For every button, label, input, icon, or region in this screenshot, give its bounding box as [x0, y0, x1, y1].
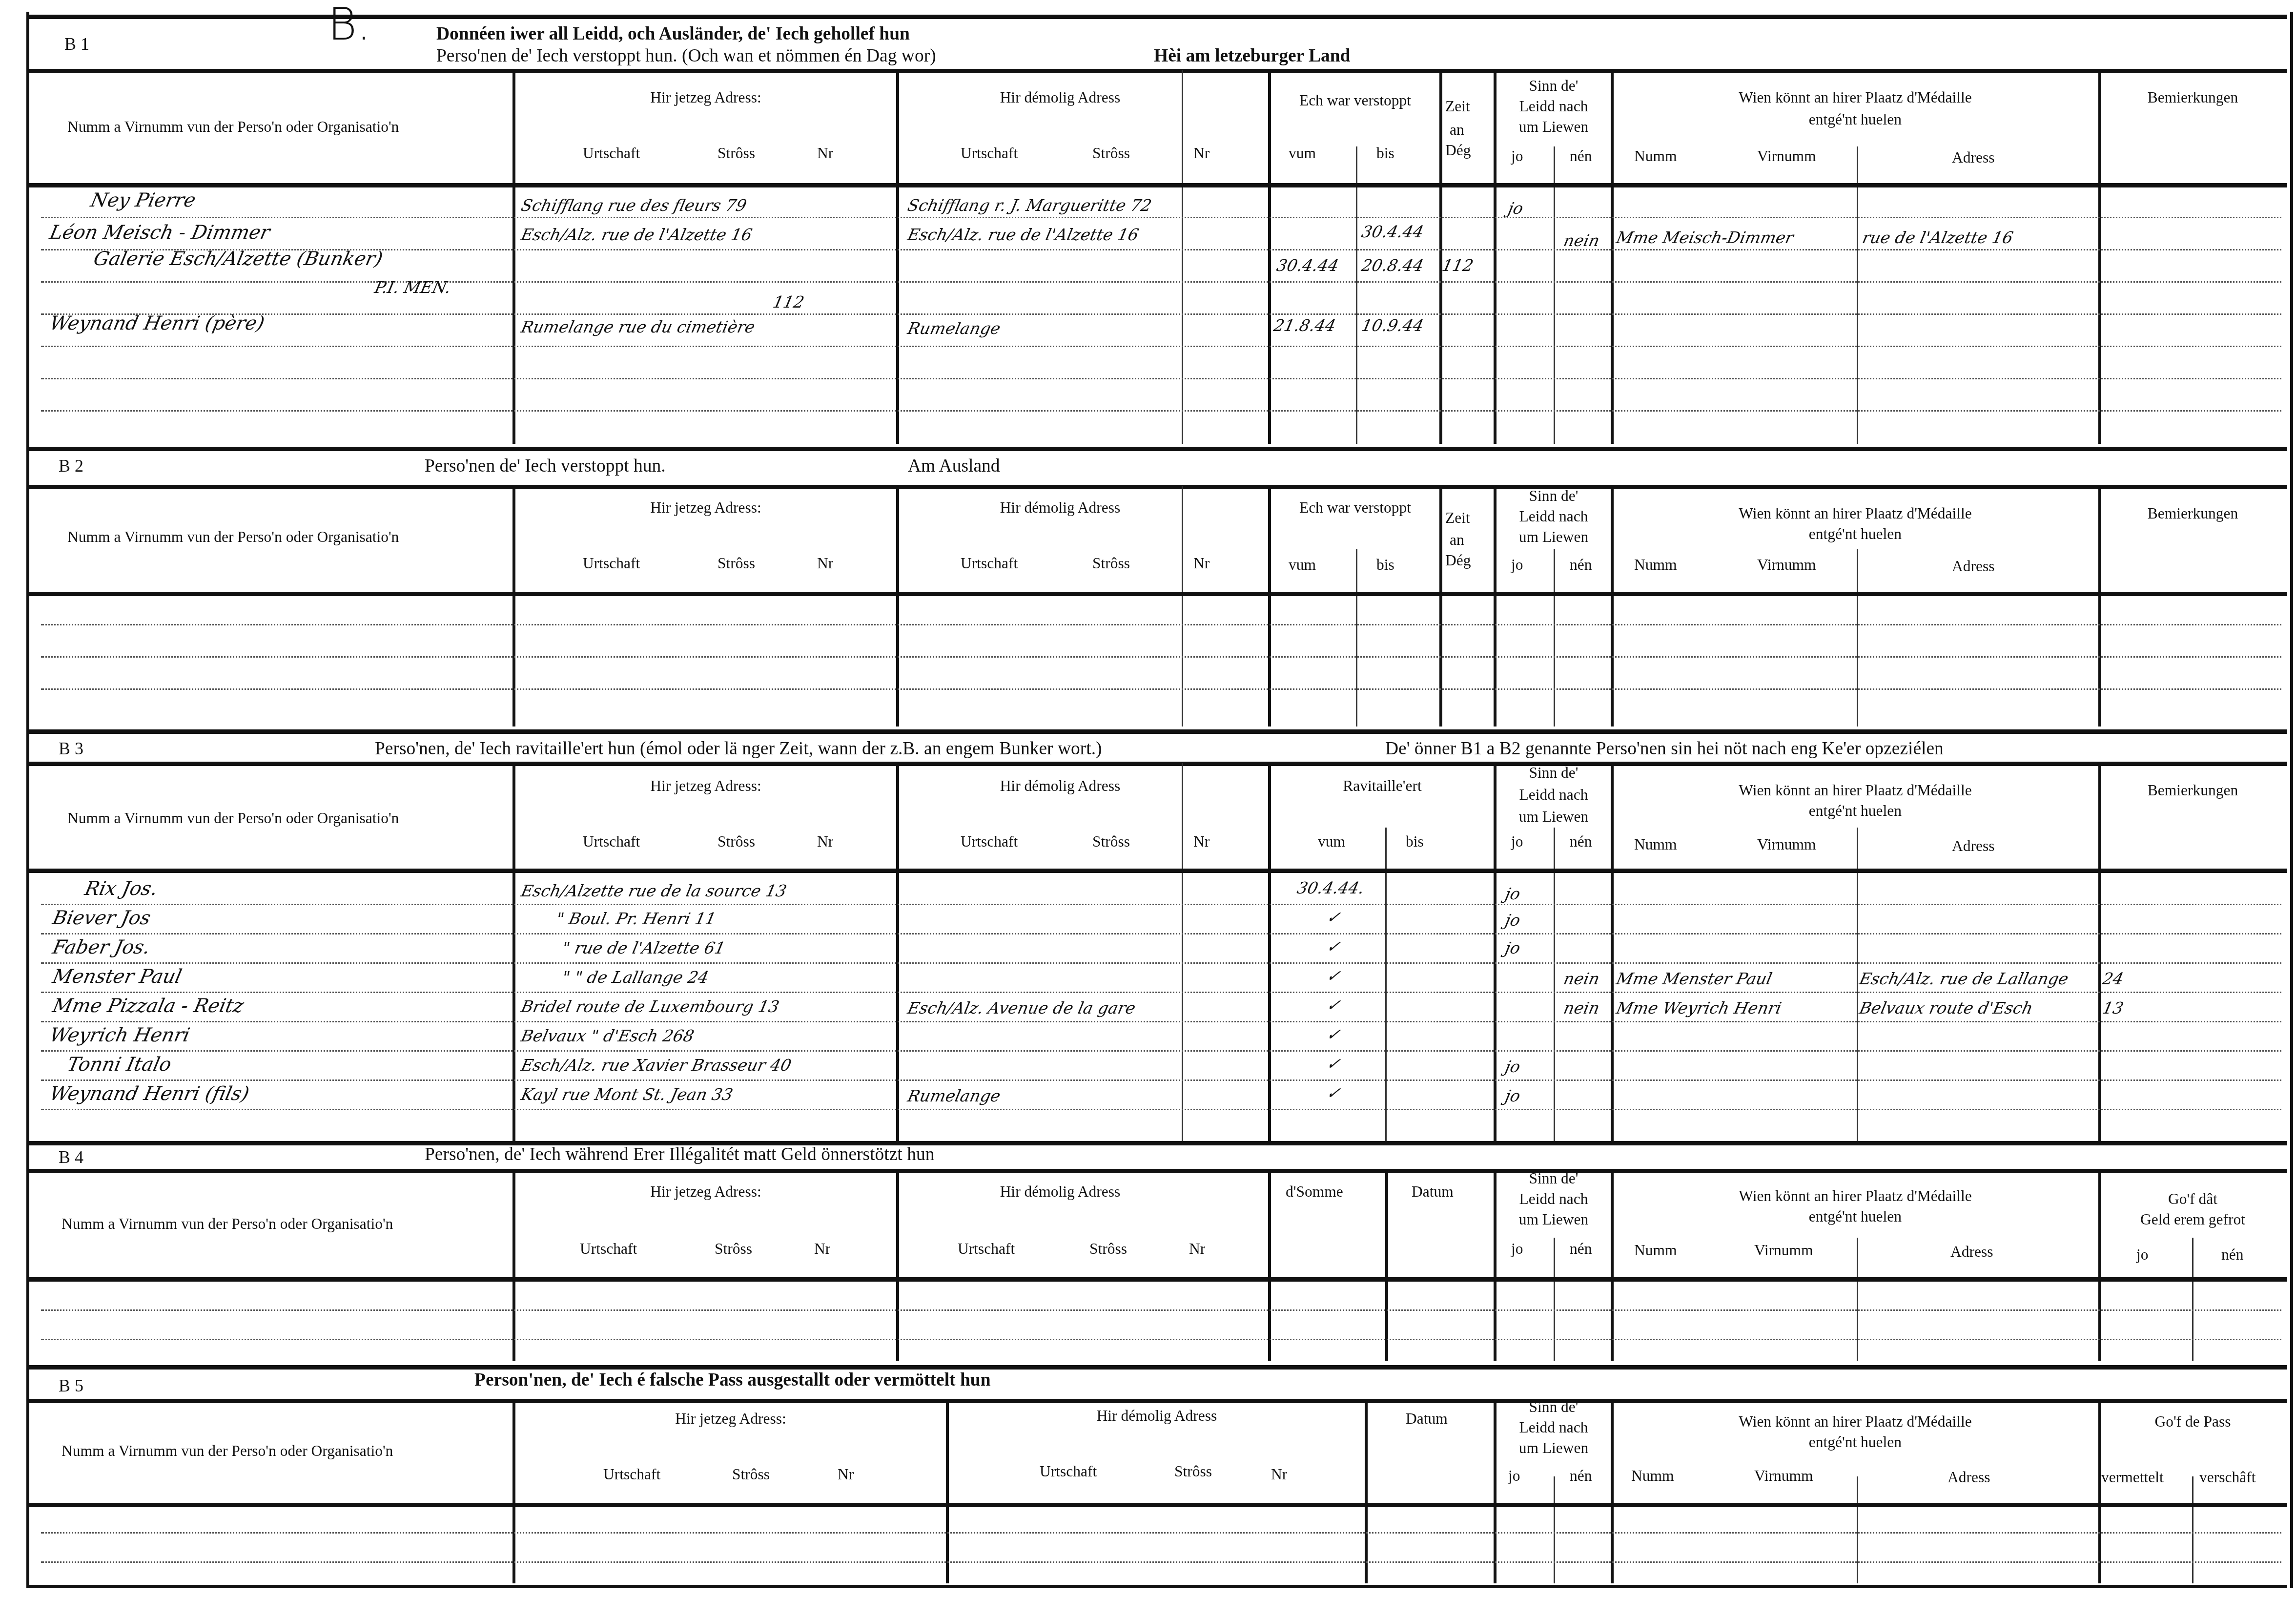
b1-row-bis[interactable]: 20.8.44: [1360, 256, 1425, 275]
section-code-b2: B 2: [59, 457, 83, 475]
divider: [26, 729, 2287, 734]
b1-row-current[interactable]: 112: [771, 293, 806, 312]
header-current-address: Hir jetzeg Adress:: [515, 91, 896, 108]
b3-row-name[interactable]: Menster Paul: [50, 967, 184, 989]
header-former-address: Hir démolig Adress: [899, 779, 1221, 797]
header-adress: Adress: [1952, 839, 1995, 857]
b3-title-note: De' önner B1 a B2 genannte Perso'nen sin…: [1385, 740, 1944, 757]
header-survived: um Liewen: [1496, 530, 1611, 548]
header-survived: Leidd nach: [1496, 100, 1611, 117]
b1-row-current[interactable]: Esch/Alz. rue de l'Alzette 16: [519, 226, 754, 245]
b1-row-former[interactable]: Schifflang r. J. Margueritte 72: [906, 196, 1153, 215]
col-divider: [2192, 1476, 2193, 1583]
col-divider: [896, 486, 899, 726]
col-divider: [896, 763, 899, 1144]
header-survived: Leidd nach: [1496, 1192, 1611, 1210]
header-urtschaft: Urtschaft: [603, 1468, 660, 1485]
b3-row-name[interactable]: Biever Jos: [50, 908, 152, 930]
header-numm: Numm: [1631, 1469, 1674, 1487]
b3-row-current[interactable]: Esch/Alz. rue Xavier Brasseur 40: [519, 1056, 793, 1075]
header-hidden: Ech war verstoppt: [1271, 94, 1439, 111]
header-adress: Adress: [1952, 560, 1995, 577]
header-nr: Nr: [1271, 1468, 1287, 1485]
col-divider: [2192, 1238, 2193, 1361]
header-gave-pass: Go'f de Pass: [2101, 1415, 2284, 1432]
col-divider: [512, 486, 515, 726]
header-survived: um Liewen: [1496, 120, 1611, 138]
b1-row-name[interactable]: P.I. MEN.: [373, 278, 452, 297]
b3-row-medal-numm[interactable]: Mme Menster Paul: [1615, 970, 1774, 989]
header-urtschaft: Urtschaft: [961, 146, 1018, 164]
col-divider: [1554, 828, 1555, 1144]
header-stross: Strôss: [1092, 146, 1130, 164]
header-name: Numm a Virnumm vun der Perso'n oder Orga…: [67, 530, 399, 548]
col-divider: [1268, 1170, 1271, 1361]
header-numm: Numm: [1634, 149, 1677, 167]
col-divider: [1554, 1476, 1555, 1583]
b1-row-name[interactable]: Galerie Esch/Alzette (Bunker): [91, 249, 384, 271]
divider: [26, 1365, 2287, 1370]
header-survived: Sinn de': [1496, 489, 1611, 507]
header-nr: Nr: [838, 1468, 854, 1485]
header-survived: Sinn de': [1496, 1400, 1611, 1418]
header-urtschaft: Urtschaft: [958, 1242, 1015, 1260]
row-line: [41, 962, 2281, 964]
col-divider: [1439, 486, 1442, 726]
b3-title: Perso'nen, de' Iech ravitaille'ert hun (…: [375, 740, 1102, 757]
header-nen: nén: [1570, 1242, 1592, 1260]
b3-row-medal-address[interactable]: Belvaux route d'Esch: [1858, 999, 2034, 1018]
header-date: Datum: [1406, 1412, 1448, 1430]
header-jo: jo: [1508, 1469, 1520, 1487]
header-days: Dég: [1445, 144, 1471, 161]
header-numm: Numm: [1634, 1244, 1677, 1261]
col-divider: [1365, 1400, 1368, 1583]
divider: [26, 592, 2287, 596]
row-line: [41, 346, 2281, 347]
header-numm: Numm: [1634, 558, 1677, 576]
b1-row-name[interactable]: Ney Pierre: [88, 190, 197, 212]
header-nen: nén: [1570, 835, 1592, 852]
header-stross: Strôss: [1092, 835, 1130, 852]
col-divider: [1268, 486, 1271, 726]
b5-title: Person'nen, de' Iech é falsche Pass ausg…: [474, 1371, 991, 1389]
header-nr: Nr: [1193, 557, 1209, 574]
divider: [26, 1141, 2287, 1145]
row-line: [41, 992, 2281, 993]
col-divider: [1182, 763, 1183, 1144]
header-mediated: vermettelt: [2101, 1471, 2164, 1488]
divider: [26, 1277, 2287, 1282]
header-stross: Strôss: [732, 1468, 770, 1485]
header-current-address: Hir jetzeg Adress:: [515, 501, 896, 519]
header-stross: Strôss: [717, 835, 755, 852]
header-jo: jo: [1511, 149, 1523, 167]
header-survived: Leidd nach: [1496, 788, 1611, 806]
b3-row-vum[interactable]: 30.4.44.: [1295, 879, 1366, 898]
divider: [26, 485, 2287, 489]
b3-row-medal-address[interactable]: Esch/Alz. rue de Lallange: [1858, 970, 2070, 989]
b3-row-remarks[interactable]: 24: [2101, 970, 2125, 989]
header-vum: vum: [1289, 146, 1316, 164]
form-letter: B.: [328, 18, 371, 35]
col-divider: [946, 1400, 949, 1583]
b3-row-medal-numm[interactable]: Mme Weyrich Henri: [1615, 999, 1783, 1018]
header-current-address: Hir jetzeg Adress:: [515, 779, 896, 797]
header-adress: Adress: [1950, 1245, 1993, 1263]
header-nr: Nr: [817, 146, 833, 164]
row-line: [41, 1561, 2281, 1563]
header-survived: Sinn de': [1496, 79, 1611, 97]
b3-row-current[interactable]: Belvaux " d'Esch 268: [519, 1027, 696, 1046]
header-survived: Leidd nach: [1496, 1421, 1611, 1438]
header-medal: Wien könnt an hirer Plaatz d'Médaille: [1614, 1189, 2097, 1207]
header-medal: entgé'nt huelen: [1614, 527, 2097, 545]
col-divider: [1182, 486, 1183, 726]
row-line: [41, 1339, 2281, 1340]
section-code-b5: B 5: [59, 1377, 83, 1394]
col-divider: [1385, 1170, 1388, 1361]
header-survived: um Liewen: [1496, 1213, 1611, 1230]
header-medal: entgé'nt huelen: [1614, 804, 2097, 822]
header-urtschaft: Urtschaft: [583, 835, 640, 852]
header-current-address: Hir jetzeg Adress:: [515, 1185, 896, 1203]
header-remarks: Bemierkungen: [2101, 784, 2284, 801]
header-bis: bis: [1406, 835, 1424, 852]
header-days: Dég: [1445, 554, 1471, 571]
col-divider: [1554, 549, 1555, 726]
header-virnumm: Virnumm: [1757, 149, 1816, 167]
col-divider: [1268, 70, 1271, 444]
header-bis: bis: [1376, 558, 1394, 576]
b2-title-location: Am Ausland: [908, 457, 1000, 475]
divider: [26, 69, 2287, 73]
b3-row-current[interactable]: " Boul. Pr. Henri 11: [554, 910, 718, 929]
header-name: Numm a Virnumm vun der Perso'n oder Orga…: [67, 120, 399, 138]
divider: [26, 762, 2287, 766]
header-jo: jo: [2136, 1248, 2149, 1266]
header-nr: Nr: [817, 557, 833, 574]
b1-title-line1: Donnéen iwer all Leidd, och Ausländer, d…: [436, 25, 910, 42]
header-virnumm: Virnumm: [1754, 1244, 1813, 1261]
col-divider: [1385, 828, 1387, 1144]
b1-row-vum[interactable]: 30.4.44: [1275, 256, 1340, 275]
header-nr: Nr: [1193, 146, 1209, 164]
header-remarks: Bemierkungen: [2101, 507, 2284, 524]
header-days: an: [1450, 123, 1464, 141]
b1-title-location: Hèi am letzeburger Land: [1154, 47, 1350, 64]
header-name: Numm a Virnumm vun der Perso'n oder Orga…: [67, 811, 399, 829]
header-urtschaft: Urtschaft: [961, 835, 1018, 852]
header-former-address: Hir démolig Adress: [949, 1409, 1365, 1427]
col-divider: [1356, 549, 1357, 726]
header-date: Datum: [1412, 1185, 1454, 1203]
header-numm: Numm: [1634, 838, 1677, 855]
header-hidden: Ech war verstoppt: [1271, 501, 1439, 519]
b3-row-nen[interactable]: nein: [1562, 999, 1601, 1018]
col-divider: [1439, 70, 1442, 444]
header-former-address: Hir démolig Adress: [899, 501, 1221, 519]
header-survived: Leidd nach: [1496, 510, 1611, 527]
col-divider: [512, 763, 515, 1144]
col-divider: [2098, 70, 2101, 444]
b3-row-name[interactable]: Weyrich Henri: [47, 1025, 191, 1047]
row-line: [41, 410, 2281, 412]
col-divider: [1356, 146, 1357, 444]
header-sum: d'Somme: [1286, 1185, 1343, 1203]
b1-row-medal-address[interactable]: rue de l'Alzette 16: [1861, 228, 2015, 248]
header-urtschaft: Urtschaft: [583, 557, 640, 574]
b1-row-bis[interactable]: 30.4.44: [1360, 223, 1425, 242]
row-line: [41, 933, 2281, 934]
header-vum: vum: [1318, 835, 1345, 852]
header-virnumm: Virnumm: [1754, 1469, 1813, 1487]
header-adress: Adress: [1947, 1471, 1990, 1488]
header-stross: Strôss: [717, 557, 755, 574]
header-nr: Nr: [1193, 835, 1209, 852]
header-stross: Strôss: [1092, 557, 1130, 574]
header-virnumm: Virnumm: [1757, 838, 1816, 855]
header-gave-back: Go'f dât: [2101, 1192, 2284, 1210]
col-divider: [2098, 763, 2101, 1144]
header-gave-back: Geld erem gefrot: [2101, 1213, 2284, 1230]
b3-row-name[interactable]: Weynand Henri (fils): [47, 1084, 251, 1106]
section-code-b3: B 3: [59, 740, 83, 757]
b3-row-name[interactable]: Rix Jos.: [82, 879, 159, 901]
row-line: [41, 313, 2281, 315]
b3-row-current[interactable]: " " de Lallange 24: [560, 968, 711, 987]
b1-row-medal-numm[interactable]: Mme Meisch-Dimmer: [1615, 228, 1795, 248]
section-code-b1: B 1: [64, 35, 89, 53]
b1-row-vum[interactable]: 21.8.44: [1272, 316, 1337, 335]
col-divider: [896, 70, 899, 444]
b4-title: Perso'nen, de' Iech während Erer Illégal…: [425, 1145, 934, 1163]
header-stross: Strôss: [1089, 1242, 1127, 1260]
b1-row-current[interactable]: Schifflang rue des fleurs 79: [519, 196, 748, 215]
header-survived: um Liewen: [1496, 1441, 1611, 1459]
header-days: Zeit: [1445, 511, 1470, 529]
header-days: Zeit: [1445, 100, 1470, 117]
col-divider: [1182, 70, 1183, 444]
row-line: [41, 688, 2281, 690]
divider: [26, 183, 2287, 187]
b2-title: Perso'nen de' Iech verstoppt hun.: [425, 457, 666, 475]
row-line: [41, 904, 2281, 905]
b3-row-current[interactable]: Bridel route de Luxembourg 13: [519, 997, 781, 1017]
row-line: [41, 217, 2281, 218]
col-divider: [1554, 146, 1555, 444]
b1-row-nen[interactable]: nein: [1562, 231, 1601, 250]
header-procured: verschâft: [2199, 1471, 2255, 1488]
header-former-address: Hir démolig Adress: [899, 1185, 1221, 1203]
b1-row-former[interactable]: Rumelange: [906, 319, 1002, 338]
divider: [26, 1585, 2287, 1588]
section-code-b4: B 4: [59, 1148, 83, 1166]
header-nen: nén: [1570, 558, 1592, 576]
b1-row-former[interactable]: Esch/Alz. rue de l'Alzette 16: [906, 226, 1141, 245]
b3-row-name[interactable]: Tonni Italo: [65, 1055, 173, 1077]
b3-row-current[interactable]: Esch/Alzette rue de la source 13: [519, 882, 788, 901]
b3-row-former[interactable]: Rumelange: [906, 1087, 1002, 1106]
form-page: B 1 B. Donnéen iwer all Leidd, och Auslä…: [0, 0, 2296, 1598]
b3-row-remarks[interactable]: 13: [2101, 999, 2125, 1018]
header-jo: jo: [1511, 558, 1523, 576]
col-divider: [1268, 763, 1271, 1144]
divider: [26, 1503, 2287, 1507]
header-nen: nén: [1570, 1469, 1592, 1487]
header-nen: nén: [2221, 1248, 2244, 1266]
col-divider: [1857, 549, 1858, 726]
row-line: [41, 1309, 2281, 1311]
header-jo: jo: [1511, 1242, 1523, 1260]
row-line: [41, 624, 2281, 625]
b3-row-name[interactable]: Mme Pizzala - Reitz: [50, 996, 246, 1018]
header-name: Numm a Virnumm vun der Perso'n oder Orga…: [61, 1444, 393, 1462]
header-stross: Strôss: [1174, 1465, 1212, 1482]
header-medal: entgé'nt huelen: [1614, 113, 2097, 130]
divider: [26, 447, 2287, 451]
header-bis: bis: [1376, 146, 1394, 164]
header-stross: Strôss: [717, 146, 755, 164]
b1-row-name[interactable]: Weynand Henri (père): [47, 313, 266, 335]
header-urtschaft: Urtschaft: [583, 146, 640, 164]
header-nen: nén: [1570, 149, 1592, 167]
b1-title-line2: Perso'nen de' Iech verstoppt hun. (Och w…: [436, 47, 936, 64]
header-survived: um Liewen: [1496, 810, 1611, 828]
header-adress: Adress: [1952, 151, 1995, 168]
header-medal: entgé'nt huelen: [1614, 1435, 2097, 1453]
header-days: an: [1450, 533, 1464, 551]
header-former-address: Hir démolig Adress: [899, 91, 1221, 108]
row-line: [41, 1050, 2281, 1052]
divider: [26, 1399, 2287, 1403]
header-nr: Nr: [814, 1242, 830, 1260]
header-survived: Sinn de': [1496, 1172, 1611, 1189]
col-divider: [1857, 1238, 1858, 1361]
row-line: [41, 1021, 2281, 1022]
b3-row-current[interactable]: " rue de l'Alzette 61: [560, 939, 727, 958]
header-urtschaft: Urtschaft: [580, 1242, 637, 1260]
row-line: [41, 656, 2281, 658]
b3-row-current[interactable]: Kayl rue Mont St. Jean 33: [519, 1085, 735, 1104]
col-divider: [1857, 1476, 1858, 1583]
header-remarks: Bemierkungen: [2101, 91, 2284, 108]
divider: [26, 869, 2287, 873]
header-survived: Sinn de': [1496, 766, 1611, 784]
header-virnumm: Virnumm: [1757, 558, 1816, 576]
header-stross: Strôss: [715, 1242, 752, 1260]
header-medal: Wien könnt an hirer Plaatz d'Médaille: [1614, 91, 2097, 108]
col-divider: [512, 70, 515, 444]
row-line: [41, 378, 2281, 379]
header-jo: jo: [1511, 835, 1523, 852]
header-urtschaft: Urtschaft: [1040, 1465, 1097, 1482]
b1-row-current[interactable]: Rumelange rue du cimetière: [519, 318, 757, 337]
b1-row-days[interactable]: 112: [1440, 256, 1475, 275]
row-line: [41, 1109, 2281, 1110]
row-line: [41, 1079, 2281, 1081]
header-vum: vum: [1289, 558, 1316, 576]
b3-row-nen[interactable]: nein: [1562, 970, 1601, 989]
row-line: [41, 1532, 2281, 1534]
header-nr: Nr: [817, 835, 833, 852]
header-current-address: Hir jetzeg Adress:: [515, 1412, 946, 1430]
divider: [26, 1169, 2287, 1173]
b3-row-name[interactable]: Faber Jos.: [50, 937, 152, 959]
header-medal: entgé'nt huelen: [1614, 1210, 2097, 1227]
header-supplied: Ravitaille'ert: [1271, 779, 1494, 797]
header-medal: Wien könnt an hirer Plaatz d'Médaille: [1614, 507, 2097, 524]
b1-row-bis[interactable]: 10.9.44: [1360, 316, 1425, 335]
header-urtschaft: Urtschaft: [961, 557, 1018, 574]
header-medal: Wien könnt an hirer Plaatz d'Médaille: [1614, 1415, 2097, 1432]
col-divider: [1857, 146, 1858, 444]
b1-row-name[interactable]: Léon Meisch - Dimmer: [47, 223, 271, 245]
b3-row-former[interactable]: Esch/Alz. Avenue de la gare: [906, 999, 1137, 1018]
header-medal: Wien könnt an hirer Plaatz d'Médaille: [1614, 784, 2097, 801]
header-nr: Nr: [1189, 1242, 1205, 1260]
header-name: Numm a Virnumm vun der Perso'n oder Orga…: [61, 1217, 393, 1235]
col-divider: [1554, 1238, 1555, 1361]
